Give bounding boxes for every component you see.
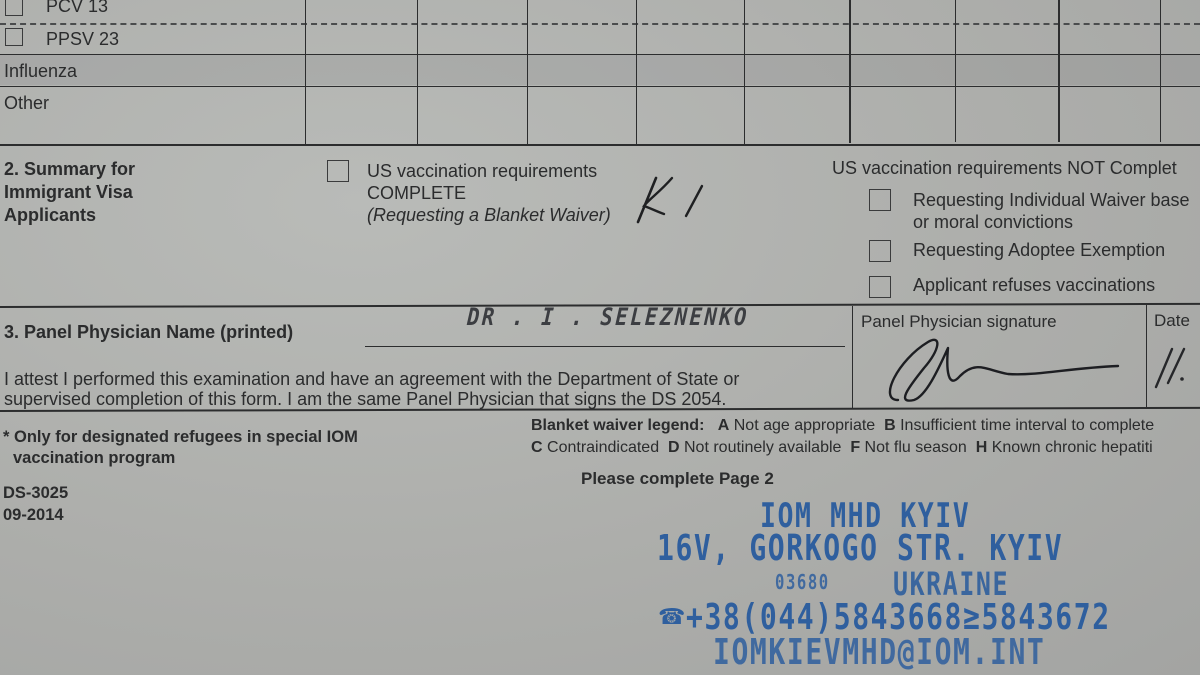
ppsv23-checkbox[interactable] xyxy=(5,28,23,46)
row-divider-dashed xyxy=(0,23,1200,25)
section-2-heading-line: Immigrant Visa xyxy=(4,181,135,204)
individual-waiver-label: Requesting Individual Waiver base or mor… xyxy=(913,189,1190,233)
attestation-line-2: supervised completion of this form. I am… xyxy=(4,389,726,410)
other-label: Other xyxy=(4,93,49,114)
column-divider xyxy=(305,0,306,145)
legend-text: Insufficient time interval to complete xyxy=(900,417,1154,434)
stamp-line-address: 16V, GORKOGO STR. KYIV xyxy=(657,528,1063,569)
form-revision-date: 09-2014 xyxy=(3,506,64,525)
individual-waiver-line: or moral convictions xyxy=(913,211,1190,233)
blanket-waiver-legend-line-2: C Contraindicated D Not routinely availa… xyxy=(531,439,1153,457)
column-divider xyxy=(527,0,528,145)
column-divider xyxy=(1160,0,1161,142)
physician-name-stamp: DR . I . SELEZNENKO xyxy=(466,303,749,331)
pcv13-label: PCV 13 xyxy=(46,0,108,17)
column-divider xyxy=(744,0,745,145)
please-complete-page-2: Please complete Page 2 xyxy=(581,469,774,489)
section-2-heading-line: 2. Summary for xyxy=(4,158,135,181)
influenza-row-shade xyxy=(0,55,1200,85)
column-divider xyxy=(1058,0,1060,142)
legend-code: D xyxy=(668,439,680,456)
legend-text: Not routinely available xyxy=(684,439,841,456)
row-divider xyxy=(0,54,1200,55)
not-complete-heading: US vaccination requirements NOT Complet xyxy=(832,158,1177,179)
legend-code: H xyxy=(976,439,988,456)
column-divider xyxy=(955,0,956,142)
date-label: Date xyxy=(1154,311,1190,331)
signature-box-left-border xyxy=(852,306,853,409)
individual-waiver-line: Requesting Individual Waiver base xyxy=(913,189,1190,211)
legend-code: A xyxy=(718,417,730,434)
requirements-complete-checkbox[interactable] xyxy=(327,160,349,182)
legend-text: Not age appropriate xyxy=(734,417,875,434)
form-number: DS-3025 xyxy=(3,484,68,503)
legend-code: C xyxy=(531,439,543,456)
refuses-vaccinations-label: Applicant refuses vaccinations xyxy=(913,275,1155,296)
section-3-heading: 3. Panel Physician Name (printed) xyxy=(4,322,293,343)
legend-code: B xyxy=(884,417,896,434)
stamp-email: IOMKIEVMHD@IOM.INT xyxy=(713,632,1045,673)
handwritten-mark-icon xyxy=(630,172,710,232)
table-bottom-border xyxy=(0,144,1200,146)
legend-code: F xyxy=(850,439,860,456)
complete-option-line: (Requesting a Blanket Waiver) xyxy=(367,204,611,226)
column-divider xyxy=(636,0,637,145)
legend-text: Known chronic hepatiti xyxy=(992,439,1153,456)
date-handwritten[interactable] xyxy=(1150,345,1200,390)
pcv13-checkbox[interactable] xyxy=(5,0,23,16)
physician-name-field-line[interactable] xyxy=(365,346,845,347)
complete-option-line: US vaccination requirements xyxy=(367,160,611,182)
row-divider xyxy=(0,86,1200,87)
influenza-label: Influenza xyxy=(4,61,77,82)
signature-label: Panel Physician signature xyxy=(861,312,1057,332)
attestation-line-1: I attest I performed this examination an… xyxy=(4,369,739,390)
legend-text: Not flu season xyxy=(865,439,967,456)
legend-text: Contraindicated xyxy=(547,439,659,456)
refuses-vaccinations-checkbox[interactable] xyxy=(869,276,891,298)
individual-waiver-checkbox[interactable] xyxy=(869,189,891,211)
adoptee-exemption-label: Requesting Adoptee Exemption xyxy=(913,240,1165,261)
ppsv23-label: PPSV 23 xyxy=(46,29,119,50)
column-divider xyxy=(417,0,418,145)
blanket-waiver-legend-line-1: Blanket waiver legend: A Not age appropr… xyxy=(531,417,1154,435)
section-2-heading-line: Applicants xyxy=(4,204,135,227)
refugee-note-line-1: * Only for designated refugees in specia… xyxy=(3,428,358,447)
refugee-note-line-2: vaccination program xyxy=(13,449,175,468)
column-divider xyxy=(849,0,851,143)
requirements-complete-label: US vaccination requirements COMPLETE (Re… xyxy=(367,160,611,226)
physician-signature[interactable] xyxy=(868,330,1128,410)
complete-option-line: COMPLETE xyxy=(367,182,611,204)
date-box-left-border xyxy=(1146,304,1147,407)
section-2-heading: 2. Summary for Immigrant Visa Applicants xyxy=(4,158,135,227)
adoptee-exemption-checkbox[interactable] xyxy=(869,240,891,262)
legend-title: Blanket waiver legend: xyxy=(531,417,704,434)
telephone-icon: ☎ xyxy=(658,604,685,630)
stamp-postcode: 03680 xyxy=(775,570,830,594)
